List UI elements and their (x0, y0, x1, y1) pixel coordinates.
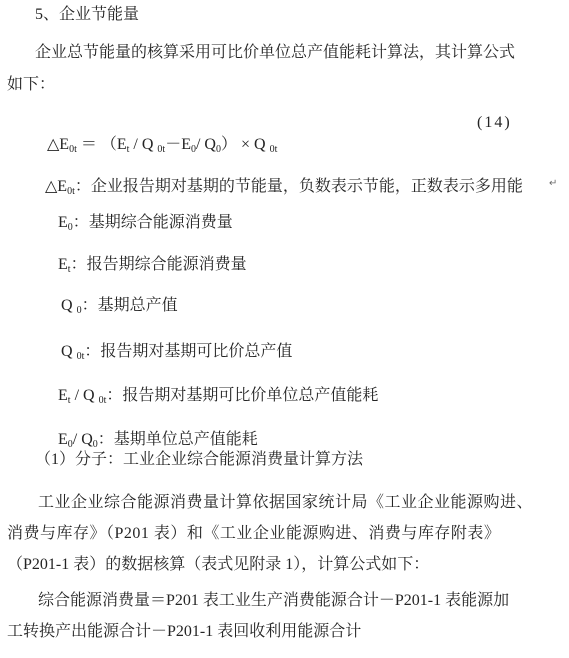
formula-equation-number: (14) (477, 112, 512, 134)
intro-paragraph-line-2: 如下： (7, 74, 55, 96)
calculation-paragraph-line-1: 综合能源消费量＝P201 表工业生产消费能源合计－P201-1 表能源加 (38, 590, 509, 612)
symbol-segment: / Q (71, 387, 99, 404)
symbol-segment: E (58, 431, 68, 448)
formula-segment: / Q (129, 136, 157, 153)
definition-text: ：报告期综合能源消费量 (71, 256, 247, 273)
subsection-heading: （1）分子：工业企业综合能源消费量计算方法 (35, 449, 363, 471)
definition-text: ：基期单位总产值能耗 (98, 431, 258, 448)
method-paragraph-line-2: 消费与库存》（P201 表）和《工业企业能源购进、消费与库存附表》 (7, 523, 500, 545)
intro-paragraph-line-1: 企业总节能量的核算采用可比价单位总产值能耗计算法，其计算公式 (35, 42, 515, 64)
definition-text: ：报告期对基期可比价单位总产值能耗 (106, 387, 378, 404)
symbol-segment: Q (61, 297, 77, 314)
formula-segment: －E (165, 136, 191, 153)
definition-text: ：基期总产值 (82, 297, 178, 314)
symbol-segment: E (58, 387, 68, 404)
section-heading: 5、企业节能量 (35, 4, 139, 26)
calculation-paragraph-line-2: 工转换产出能源合计－P201-1 表回收利用能源合计 (7, 621, 361, 643)
symbol-segment: E (58, 256, 68, 273)
definition-text: ：基期综合能源消费量 (73, 214, 233, 231)
formula-segment: ） × Q (221, 136, 270, 153)
method-paragraph-line-3: （P201-1 表）的数据核算（表式见附录 1），计算公式如下： (7, 554, 429, 576)
symbol-segment: Q (61, 343, 77, 360)
symbol-segment: / Q (73, 431, 93, 448)
symbol-segment: E (58, 214, 68, 231)
formula-segment: △E (47, 136, 69, 153)
formula-segment: ＝ （E (77, 136, 127, 153)
paragraph-return-mark-icon: ↵ (549, 173, 557, 195)
formula-segment: / Q (196, 136, 216, 153)
definition-text: ：报告期对基期可比价总产值 (84, 343, 292, 360)
method-paragraph-line-1: 工业企业综合能源消费量计算依据国家统计局《工业企业能源购进、 (38, 492, 533, 514)
document-page: 5、企业节能量 企业总节能量的核算采用可比价单位总产值能耗计算法，其计算公式 如… (0, 0, 569, 658)
